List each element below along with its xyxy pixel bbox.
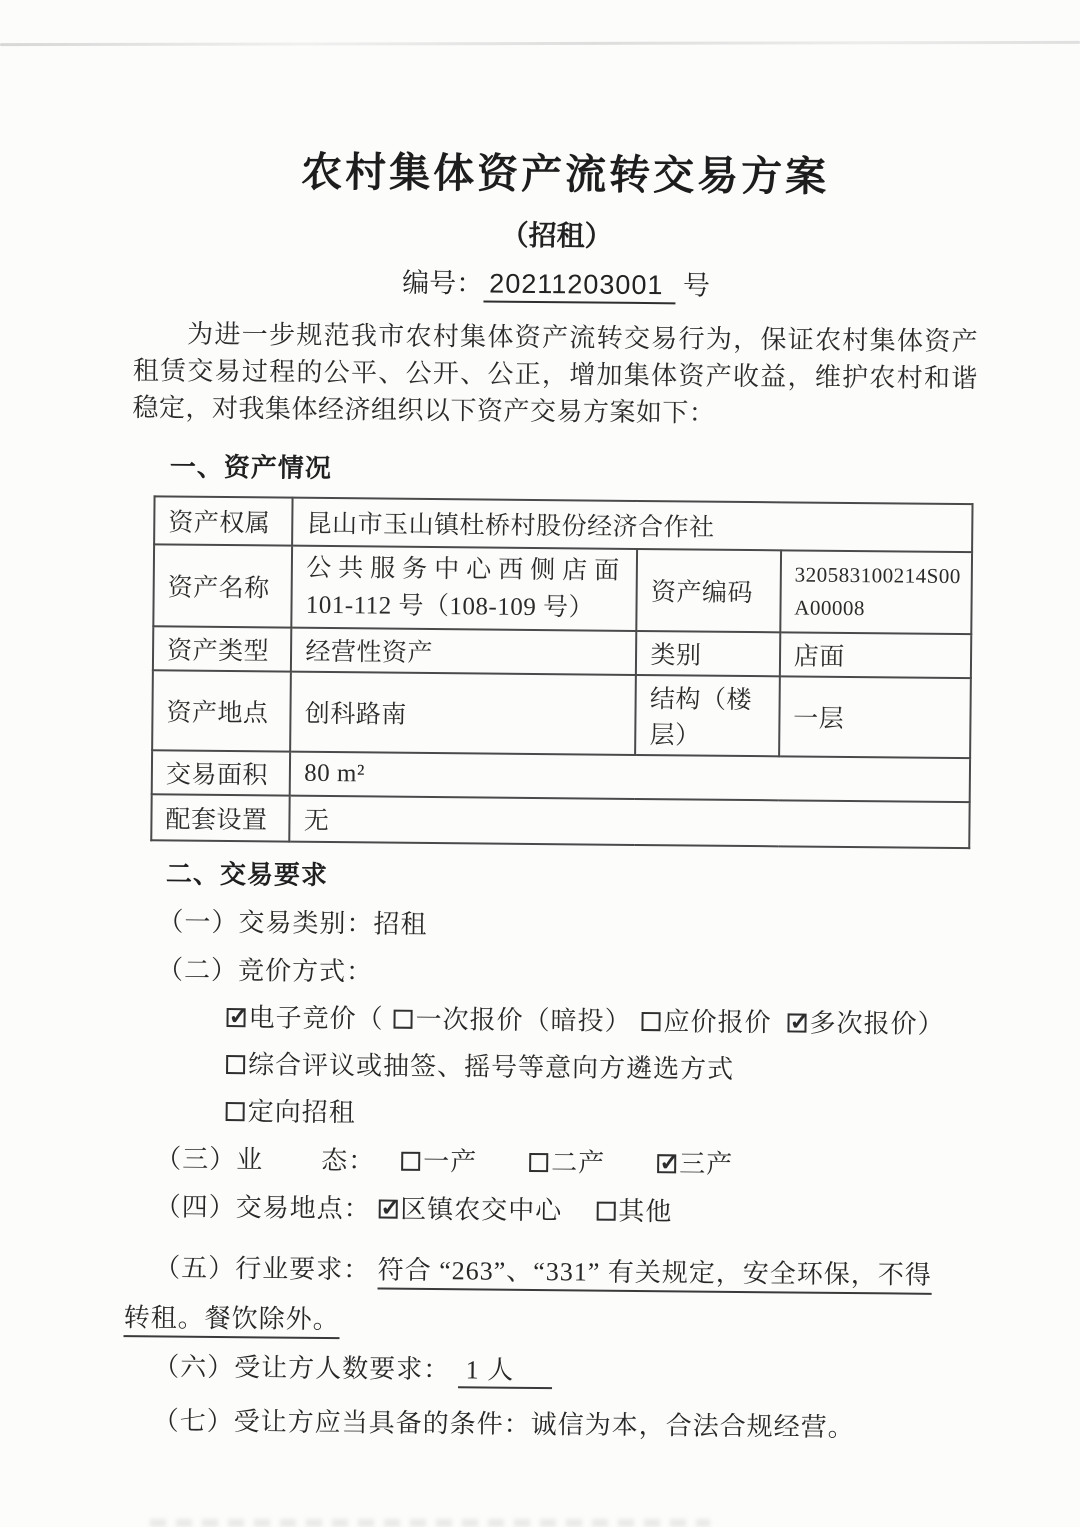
requirement-item-7: （七）受让方应当具备的条件：诚信为本，合法合规经营。: [153, 1407, 968, 1443]
checkbox-one-time-bid: [393, 1010, 412, 1029]
secondary-industry-label: 二产: [551, 1148, 605, 1178]
comprehensive-review-label: 综合评议或抽签、摇号等意向方遴选方式: [248, 1050, 734, 1084]
item-5-value-line1: 符合 “263”、“331” 有关规定，安全环保，不得: [378, 1256, 932, 1290]
document-subtitle: （招租）: [134, 210, 979, 258]
electronic-bidding-label: 电子竞价（: [248, 1003, 383, 1033]
targeted-rental-label: 定向招租: [248, 1097, 356, 1127]
item-1-number: （一）: [157, 907, 238, 937]
intro-paragraph: 为进一步规范我市农村集体资产流转交易行为，保证农村集体资产租赁交易过程的公平、公…: [132, 315, 978, 434]
checkbox-secondary-industry: [529, 1153, 548, 1172]
asset-structure-value: 一层: [779, 676, 971, 758]
requirement-item-2: （二）竞价方式：: [157, 956, 972, 992]
item-4-label: 交易地点：: [236, 1193, 371, 1223]
asset-type-label: 资产类型: [153, 626, 292, 671]
asset-area-label: 交易面积: [152, 750, 291, 795]
item-6-label: 受让方人数要求：: [234, 1353, 450, 1384]
asset-code-line1: 320583100214S00: [794, 558, 961, 593]
document-content: 农村集体资产流转交易方案 （招租） 编号：20211203001 号 为进一步规…: [123, 137, 980, 1443]
multiple-bid-label: 多次报价）: [809, 1009, 944, 1039]
item-2-label: 竞价方式：: [238, 956, 373, 986]
asset-location-value: 创科路南: [290, 672, 636, 755]
item-5-label: 行业要求：: [235, 1254, 370, 1284]
table-row-ownership: 资产权属 昆山市玉山镇杜桥村股份经济合作社: [154, 496, 972, 552]
requirement-item-6: （六）受让方人数要求： 1 人: [153, 1353, 968, 1393]
section-1-heading: 一、资产情况: [170, 446, 977, 491]
table-row-type-category: 资产类型 经营性资产 类别 店面: [153, 626, 971, 678]
primary-industry-label: 一产: [423, 1147, 477, 1177]
item-2-number: （二）: [157, 955, 238, 985]
table-row-facilities: 配套设置 无: [151, 794, 969, 848]
item-1-value: 招租: [373, 909, 427, 939]
asset-info-table: 资产权属 昆山市玉山镇杜桥村股份经济合作社 资产名称 公共服务中心西侧店面 10…: [150, 495, 973, 849]
document-number-label: 编号：: [402, 268, 483, 299]
checkbox-targeted-rental: [226, 1102, 245, 1121]
bidding-method-line-1: 电子竞价（一次报价（暗投）应价报价多次报价）: [226, 1004, 971, 1039]
responsive-bid-label: 应价报价: [663, 1007, 771, 1037]
asset-name-line2: 101-112 号（108-109 号）: [306, 587, 626, 627]
checkbox-primary-industry: [401, 1152, 420, 1171]
item-3-label: 业: [236, 1145, 263, 1174]
checkbox-comprehensive-review: [226, 1055, 245, 1074]
item-3-number: （三）: [155, 1144, 236, 1174]
checkbox-responsive-bid: [641, 1012, 660, 1031]
requirement-item-5: （五）行业要求： 符合 “263”、“331” 有关规定，安全环保，不得 转租。…: [123, 1243, 969, 1351]
table-row-name-code: 资产名称 公共服务中心西侧店面 101-112 号（108-109 号） 资产编…: [153, 544, 972, 634]
asset-location-label: 资产地点: [152, 670, 291, 751]
checkbox-other-location: [596, 1202, 615, 1221]
requirement-item-3: （三）业态：一产二产三产: [155, 1145, 970, 1181]
document-number-line: 编号：20211203001 号: [133, 258, 978, 307]
asset-type-value: 经营性资产: [291, 628, 636, 675]
scan-artifact-line: [0, 41, 1080, 46]
document-title: 农村集体资产流转交易方案: [134, 137, 980, 204]
asset-area-value: 80 m²: [290, 752, 970, 803]
table-row-location-structure: 资产地点 创科路南 结构（楼层） 一层: [152, 670, 971, 758]
requirement-item-4: （四）交易地点： 区镇农交中心其他: [155, 1193, 970, 1229]
town-trade-center-label: 区镇农交中心: [400, 1195, 562, 1226]
section-2-heading: 二、交易要求: [166, 853, 973, 898]
item-6-value: 1 人: [458, 1356, 553, 1389]
document-number-value: 20211203001: [483, 268, 676, 304]
asset-category-label: 类别: [636, 631, 780, 676]
item-5-value-line2: 转租。餐饮除外。: [124, 1303, 340, 1334]
item-7-number: （七）: [153, 1406, 234, 1436]
requirement-item-1: （一）交易类别：招租: [157, 908, 972, 944]
item-5-number: （五）: [154, 1253, 235, 1283]
bidding-method-line-3: 定向招租: [226, 1098, 971, 1133]
asset-facilities-value: 无: [290, 796, 970, 849]
asset-facilities-label: 配套设置: [151, 794, 290, 841]
asset-structure-label: 结构（楼层）: [635, 675, 779, 756]
asset-name-label: 资产名称: [153, 544, 292, 627]
asset-name-value: 公共服务中心西侧店面 101-112 号（108-109 号）: [292, 546, 638, 631]
cutoff-text-ghost: [150, 1519, 710, 1527]
item-3-label2: 态：: [321, 1146, 375, 1176]
asset-ownership-label: 资产权属: [154, 496, 293, 545]
item-1-label: 交易类别：: [238, 908, 373, 938]
asset-code-label: 资产编码: [637, 549, 781, 632]
table-row-area: 交易面积 80 m²: [152, 750, 970, 802]
tertiary-industry-label: 三产: [679, 1149, 733, 1179]
checkbox-town-trade-center: [378, 1200, 397, 1219]
checkbox-electronic-bidding: [226, 1008, 245, 1027]
asset-code-value: 320583100214S00 A00008: [780, 550, 972, 634]
asset-category-value: 店面: [780, 632, 972, 678]
scanned-document-page: 农村集体资产流转交易方案 （招租） 编号：20211203001 号 为进一步规…: [0, 0, 1080, 1527]
asset-name-line1: 公共服务中心西侧店面: [306, 550, 626, 590]
checkbox-tertiary-industry: [657, 1154, 676, 1173]
item-7-value: 诚信为本，合法合规经营。: [531, 1410, 855, 1442]
document-number-suffix: 号: [683, 270, 710, 300]
checkbox-multiple-bid: [787, 1013, 806, 1032]
item-6-number: （六）: [153, 1352, 234, 1382]
asset-ownership-value: 昆山市玉山镇杜桥村股份经济合作社: [292, 498, 972, 553]
item-7-label: 受让方应当具备的条件：: [234, 1407, 531, 1439]
one-time-bid-label: 一次报价（暗投）: [415, 1005, 631, 1036]
asset-code-line2: A00008: [794, 591, 961, 626]
bidding-method-line-2: 综合评议或抽签、摇号等意向方遴选方式: [226, 1051, 971, 1086]
item-4-number: （四）: [155, 1192, 236, 1222]
other-location-label: 其他: [618, 1197, 672, 1227]
